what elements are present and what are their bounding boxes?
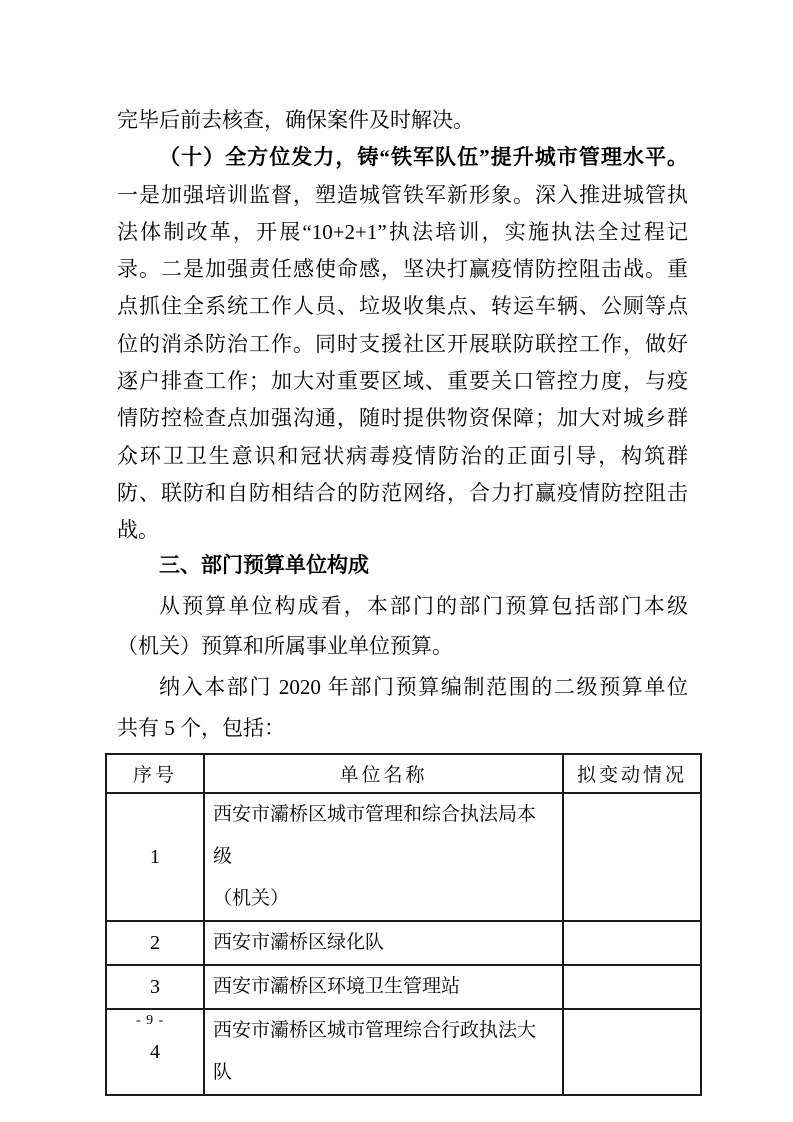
- table-row: 4西安市灞桥区城市管理综合行政执法大队: [106, 1009, 701, 1095]
- table-row: 3西安市灞桥区环境卫生管理站: [106, 965, 701, 1009]
- unit-name-cell: 西安市灞桥区环境卫生管理站: [204, 965, 563, 1009]
- text-line: 战。: [117, 512, 688, 549]
- text-line: 一是加强培训监督，塑造城管铁军新形象。深入推进城管执: [117, 177, 688, 214]
- text-line: 防、联防和自防相结合的防范网络，合力打赢疫情防控阻击: [117, 475, 688, 512]
- text-line: 共有 5 个，包括：: [117, 708, 688, 749]
- text-line: 法体制改革，开展“10+2+1”执法培训，实施执法全过程记: [117, 214, 688, 251]
- unit-name-cell: 西安市灞桥区城市管理和综合执法局本级 （机关）: [204, 793, 563, 921]
- header-cell-unit-name: 单位名称: [204, 754, 563, 793]
- table-row: 2西安市灞桥区绿化队: [106, 921, 701, 965]
- change-status-cell: [563, 921, 701, 965]
- text-line: 情防控检查点加强沟通，随时提供物资保障；加大对城乡群: [117, 400, 688, 437]
- unit-name-cell: 西安市灞桥区城市管理综合行政执法大队: [204, 1009, 563, 1095]
- change-status-cell: [563, 1009, 701, 1095]
- text-line: 完毕后前去核查，确保案件及时解决。: [117, 102, 688, 139]
- table-row: 1西安市灞桥区城市管理和综合执法局本级 （机关）: [106, 793, 701, 921]
- header-cell-serial-number: 序号: [106, 754, 204, 793]
- page-number: - 9 -: [136, 1013, 164, 1029]
- text-line: 录。二是加强责任感使命感，坚决打赢疫情防控阻击战。重: [117, 251, 688, 288]
- row-number-cell: 1: [106, 793, 204, 921]
- document-page: 完毕后前去核查，确保案件及时解决。（十）全方位发力，铸“铁军队伍”提升城市管理水…: [0, 0, 793, 1122]
- header-cell-change-status: 拟变动情况: [563, 754, 701, 793]
- budget-units-table: 序号 单位名称 拟变动情况 1西安市灞桥区城市管理和综合执法局本级 （机关）2西…: [105, 753, 702, 1096]
- text-line: 逐户排查工作；加大对重要区域、重要关口管控力度，与疫: [117, 363, 688, 400]
- text-line: 从预算单位构成看，本部门的部门预算包括部门本级: [117, 586, 688, 627]
- budget-section-block: 三、部门预算单位构成从预算单位构成看，本部门的部门预算包括部门本级（机关）预算和…: [117, 545, 688, 748]
- text-line: 位的消杀防治工作。同时支援社区开展联防联控工作，做好: [117, 326, 688, 363]
- change-status-cell: [563, 793, 701, 921]
- text-line: 众环卫卫生意识和冠状病毒疫情防治的正面引导，构筑群: [117, 438, 688, 475]
- intro-text-block: 完毕后前去核查，确保案件及时解决。（十）全方位发力，铸“铁军队伍”提升城市管理水…: [117, 102, 688, 550]
- text-line: （机关）预算和所属事业单位预算。: [117, 626, 688, 667]
- text-line: 纳入本部门 2020 年部门预算编制范围的二级预算单位: [117, 667, 688, 708]
- change-status-cell: [563, 965, 701, 1009]
- row-number-cell: 2: [106, 921, 204, 965]
- text-line: 点抓住全系统工作人员、垃圾收集点、转运车辆、公厕等点: [117, 288, 688, 325]
- row-number-cell: 3: [106, 965, 204, 1009]
- unit-name-cell: 西安市灞桥区绿化队: [204, 921, 563, 965]
- heading-line: 三、部门预算单位构成: [117, 545, 688, 586]
- table-header-row: 序号 单位名称 拟变动情况: [106, 754, 701, 793]
- heading-line: （十）全方位发力，铸“铁军队伍”提升城市管理水平。: [117, 139, 688, 176]
